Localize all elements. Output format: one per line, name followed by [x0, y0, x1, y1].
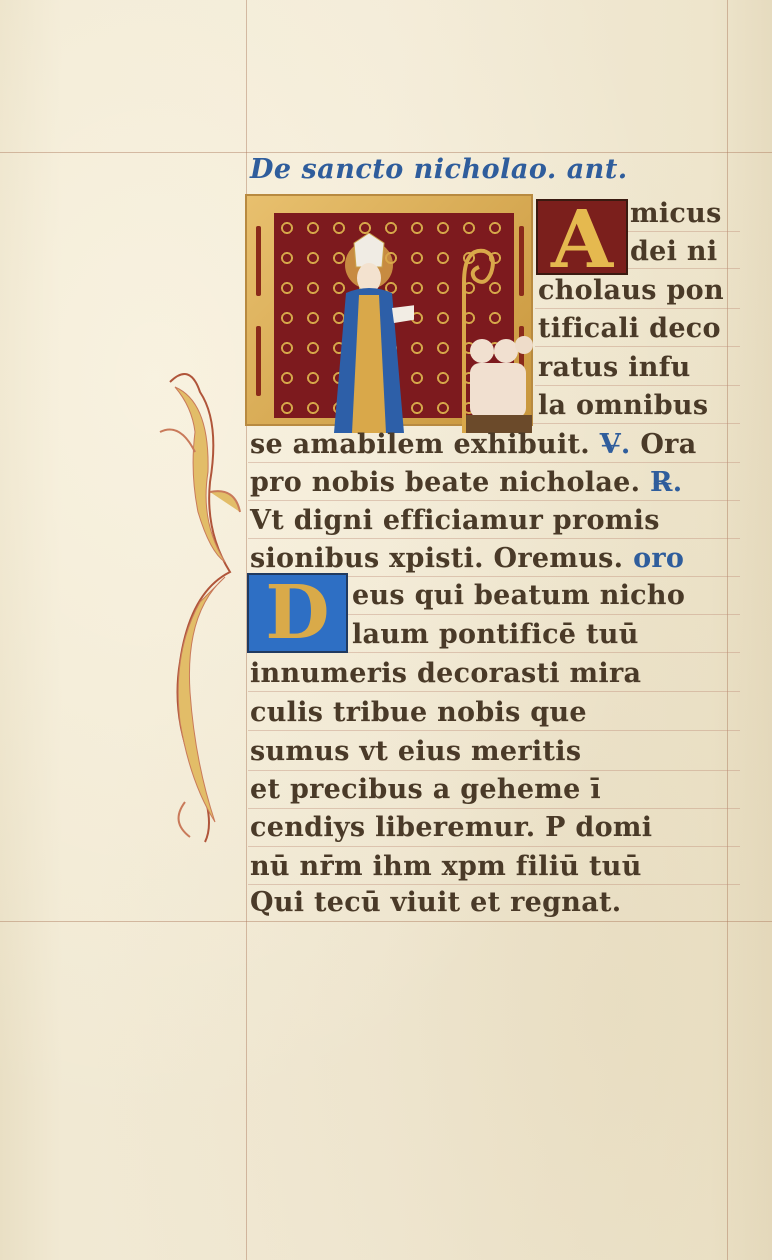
line-rule	[248, 770, 740, 771]
response-mark: R̶.	[650, 467, 682, 498]
line-rule	[248, 808, 740, 809]
prayer-line: Qui tecū viuit et regnat.	[250, 885, 621, 921]
miniature-background	[274, 213, 514, 418]
body-text: se amabilem exhibuit.	[250, 429, 590, 460]
miniature-saint-nicholas	[245, 194, 533, 426]
illuminated-initial-a: A	[536, 199, 628, 275]
prayer-line: sumus vt eius meritis	[250, 734, 581, 770]
response-line: pro nobis beate nicholae. R̶.	[250, 465, 682, 501]
versicle-line: se amabilem exhibuit. V̶. Ora	[250, 427, 696, 463]
prayer-line: eus qui beatum nicho	[352, 578, 685, 614]
frame-ornament	[256, 326, 261, 396]
frame-ornament	[519, 226, 524, 296]
prayer-line: culis tribue nobis que	[250, 695, 587, 731]
body-text: Ora	[640, 429, 696, 460]
ruling-line-top	[0, 152, 772, 153]
bishop-figure	[324, 233, 414, 433]
line-rule	[248, 846, 740, 847]
body-text: Vt digni efficiamur promis	[250, 505, 660, 536]
oratio-mark: oro	[633, 543, 684, 574]
versicle-mark: V̶.	[600, 429, 631, 460]
antiphon-line: tificali deco	[538, 311, 721, 347]
antiphon-line: micus	[630, 196, 722, 232]
antiphon-line: dei ni	[630, 234, 717, 270]
ruling-line-bottom	[0, 921, 772, 922]
rubric-heading: De sancto nicholao. ant.	[250, 154, 628, 185]
antiphon-line: la omnibus	[538, 388, 708, 424]
prayer-line: cendiys liberemur. P domi	[250, 810, 652, 846]
antiphon-line: cholaus pon	[538, 273, 724, 309]
prayer-line: innumeris decorasti mira	[250, 656, 641, 692]
frame-ornament	[256, 226, 261, 296]
ruling-line-right	[727, 0, 728, 1260]
antiphon-line: ratus infu	[538, 350, 691, 386]
prayer-line: et precibus a geheme ī	[250, 772, 601, 808]
body-text: pro nobis beate nicholae.	[250, 467, 640, 498]
illuminated-initial-d: D	[247, 573, 348, 653]
three-children-in-tub	[464, 333, 534, 433]
prayer-line: nū nr̄m ihm xpm filiū tuū	[250, 849, 642, 885]
prayer-line: laum pontificē tuū	[352, 617, 639, 653]
gold-acanthus-border	[150, 362, 250, 848]
manuscript-page: De sancto nicholao. ant.	[0, 0, 772, 1260]
body-line: Vt digni efficiamur promis	[250, 503, 660, 539]
